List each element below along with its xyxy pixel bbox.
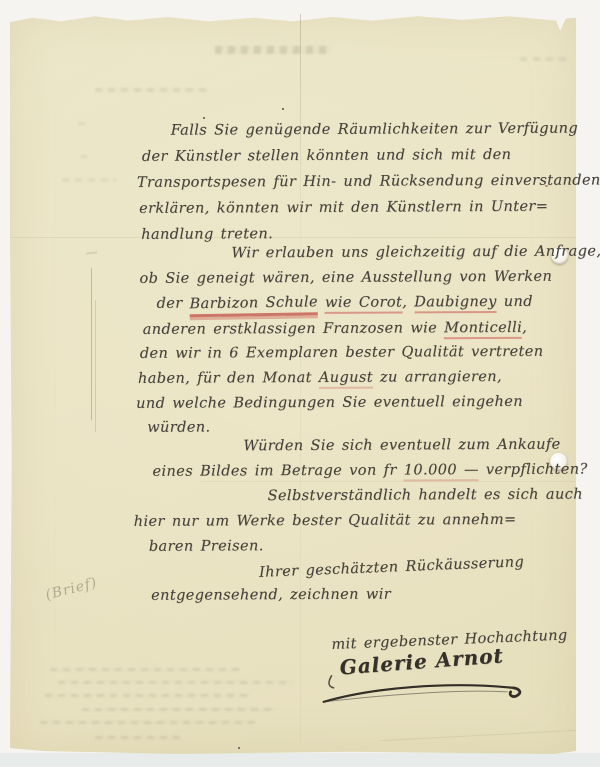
line-text: verpflichten? (479, 461, 588, 478)
letter-line: Würden Sie sich eventuell zum Ankaufe (243, 437, 560, 455)
red-underlined-text: Barbizon Schule (189, 294, 318, 317)
letter-line: eines Bildes im Betrage von fr 10.000 — … (152, 461, 587, 482)
letter-line: Falls Sie genügende Räumlichkeiten zur V… (171, 121, 579, 139)
line-text: baren Preisen. (149, 538, 264, 555)
line-text: ob Sie geneigt wären, eine Ausstellung v… (139, 269, 552, 287)
line-text: anderen erstklassigen Franzosen wie (143, 320, 445, 338)
line-text: und (497, 294, 533, 310)
letter-line: hier nur um Werke bester Qualität zu ann… (134, 512, 517, 530)
line-text: Wir erlauben uns gleichzeitig auf die An… (231, 243, 600, 261)
line-text: Würden Sie sich eventuell zum Ankaufe (243, 437, 560, 455)
letter-line: würden. (147, 419, 210, 435)
letter-line: baren Preisen. (149, 538, 264, 555)
underlined-text: August (319, 370, 373, 389)
line-text: eines Bildes im Betrage von fr (152, 462, 403, 479)
letter-line: den wir in 6 Exemplaren bester Qualität … (140, 344, 544, 362)
letter-line: Ihrer geschätzten Rückäusserung (259, 554, 525, 581)
letter-line: haben, für den Monat August zu arrangier… (138, 369, 502, 390)
red-underlined-text: Monticelli (444, 320, 522, 339)
line-text: und welche Bedingungen Sie eventuell ein… (136, 394, 523, 412)
signature-flourish (317, 661, 529, 708)
letter-line: anderen erstklassigen Franzosen wie Mont… (143, 320, 528, 341)
letter-line: ob Sie geneigt wären, eine Ausstellung v… (139, 269, 552, 287)
line-text: Ihrer geschätzten Rückäusserung (259, 554, 525, 581)
line-text: handlung treten. (141, 226, 273, 243)
margin-note-pencil: (Brief) (44, 575, 99, 604)
letter-line: und welche Bedingungen Sie eventuell ein… (136, 394, 523, 412)
letter-line: entgegensehend, zeichnen wir (151, 587, 391, 604)
underlined-text: 10.000 — (404, 462, 479, 481)
letter-body: Falls Sie genügende Räumlichkeiten zur V… (0, 0, 600, 767)
red-underlined-text: wie Corot (325, 294, 402, 313)
letter-line: handlung treten. (141, 226, 273, 243)
line-text: entgegensehend, zeichnen wir (151, 587, 391, 604)
letter-line: erklären, könnten wir mit den Künstlern … (139, 199, 548, 217)
line-text: , (402, 294, 414, 310)
line-text: der (157, 296, 190, 312)
line-text: würden. (147, 419, 210, 435)
line-text: zu arrangieren, (373, 369, 502, 386)
red-underlined-text: Daubigney (414, 294, 497, 313)
line-text: , (522, 320, 527, 336)
line-text: den wir in 6 Exemplaren bester Qualität … (140, 344, 544, 362)
line-text: haben, für den Monat (138, 370, 319, 387)
letter-line: der Künstler stellen könnten und sich mi… (142, 147, 512, 165)
line-text: hier nur um Werke bester Qualität zu ann… (134, 512, 517, 530)
letter-line: Transportspesen für Hin- und Rücksendung… (137, 172, 600, 190)
line-text: Falls Sie genügende Räumlichkeiten zur V… (171, 121, 579, 139)
letter-line: Wir erlauben uns gleichzeitig auf die An… (231, 243, 600, 261)
scanned-letter: Falls Sie genügende Räumlichkeiten zur V… (0, 0, 600, 767)
line-text: der Künstler stellen könnten und sich mi… (142, 147, 512, 165)
letter-line: der Barbizon Schule wie Corot, Daubigney… (157, 294, 533, 317)
line-text: Selbstverständlich handelt es sich auch (268, 487, 583, 505)
letter-line: Selbstverständlich handelt es sich auch (268, 487, 583, 505)
line-text: erklären, könnten wir mit den Künstlern … (139, 199, 548, 217)
line-text: Transportspesen für Hin- und Rücksendung… (137, 172, 600, 190)
